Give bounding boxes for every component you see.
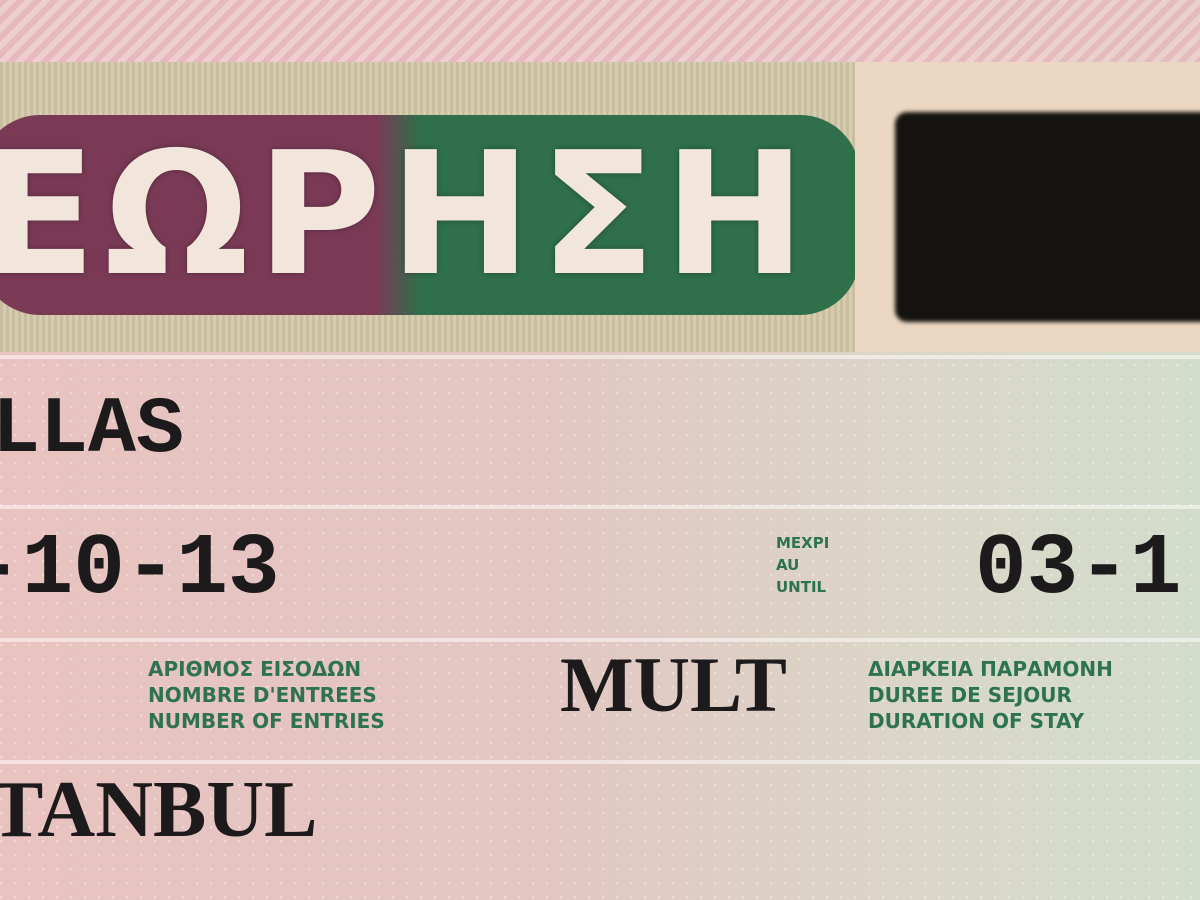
security-pattern-band — [0, 0, 1200, 62]
divider — [0, 355, 1200, 359]
issued-at-value: TANBUL — [0, 765, 317, 856]
divider — [0, 760, 1200, 764]
visa-header-title: ΕΩΡΗΣΗ — [0, 115, 860, 315]
valid-from-value: -10-13 — [0, 520, 280, 618]
divider — [0, 505, 1200, 509]
valid-until-value: 03-1 — [975, 520, 1181, 618]
until-label: ΜΕΧΡΙ AU UNTIL — [776, 532, 829, 598]
duration-label: ΔΙΑΡΚΕΙΑ ΠΑΡΑΜΟΝΗ DUREE DE SEJOUR DURATI… — [868, 656, 1113, 734]
country-value: LLAS — [0, 385, 184, 476]
redacted-document-number — [895, 112, 1200, 322]
entries-value: MULT — [560, 640, 787, 730]
entries-label: ΑΡΙΘΜΟΣ ΕΙΣΟΔΩΝ NOMBRE D'ENTREES NUMBER … — [148, 656, 385, 734]
